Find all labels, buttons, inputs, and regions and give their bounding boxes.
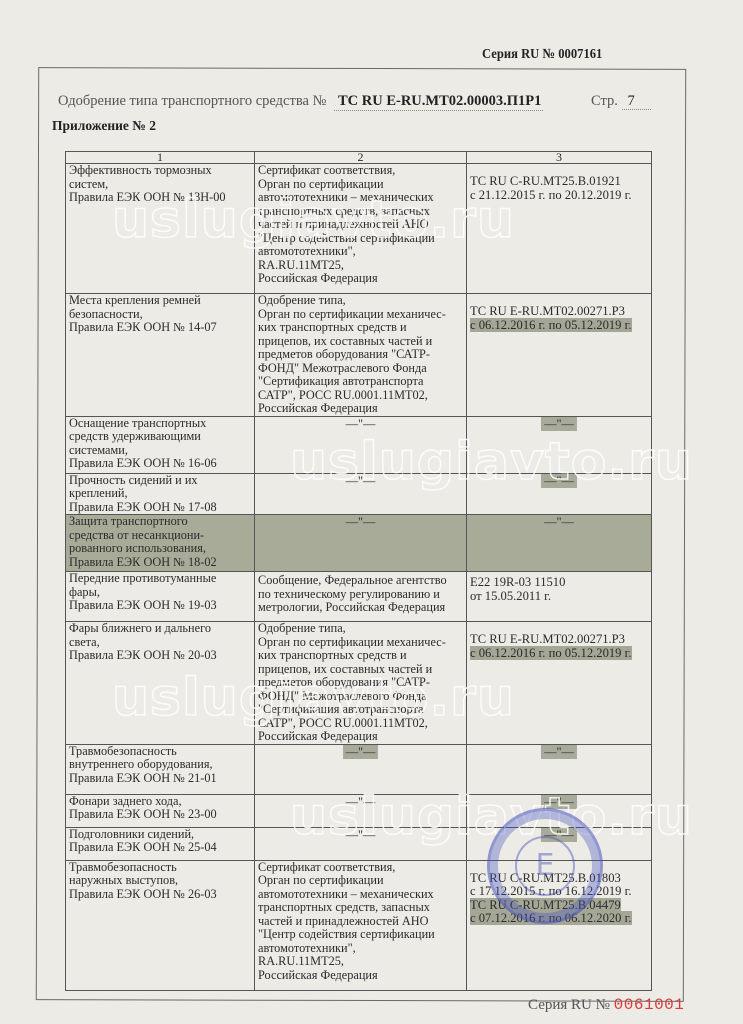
page-number: 7: [622, 93, 651, 110]
requirement-line: Правила ЕЭК ООН № 26-03: [69, 888, 251, 902]
document-number-cell: —"—: [467, 827, 652, 860]
document-number-cell: —"—: [467, 416, 652, 473]
page-label: Стр.: [591, 93, 618, 109]
requirement-line: Правила ЕЭК ООН № 14-07: [69, 321, 251, 335]
issuing-body-cell: —"—: [255, 416, 467, 473]
issuing-body-line: "Сертификация автотранспорта: [258, 703, 463, 717]
issuing-body-line: автомототехники – механических: [258, 191, 463, 205]
issuing-body-cell: Сертификат соответствия,Орган по сертифи…: [255, 860, 467, 990]
ditto-mark: —"—: [346, 474, 376, 488]
issuing-body-line: по техническому регулированию и: [258, 588, 463, 602]
ditto-mark: —"—: [343, 745, 379, 759]
ditto-mark: —"—: [541, 795, 577, 809]
requirement-cell: Защита транспортногосредства от несанкци…: [66, 515, 255, 572]
issuing-body-line: Орган по сертификации механичес-: [258, 636, 463, 650]
issuing-body-line: ких транспортных средств и: [258, 649, 463, 663]
requirement-line: рованного использования,: [69, 542, 251, 556]
issuing-body-cell: —"—: [255, 827, 467, 860]
issuing-body-line: Орган по сертификации: [258, 178, 463, 192]
document-number-cell: E22 19R-03 11510от 15.05.2011 г.: [467, 572, 652, 622]
issuing-body-line: "Сертификация автотранспорта: [258, 375, 463, 389]
issuing-body-cell: Одобрение типа,Орган по сертификации мех…: [255, 622, 467, 745]
requirement-line: Правила ЕЭК ООН № 21-01: [69, 772, 251, 786]
table-row: Передние противотуманныефары,Правила ЕЭК…: [66, 572, 652, 622]
column-header-1: 1: [66, 152, 255, 164]
issuing-body-line: Одобрение типа,: [258, 294, 463, 308]
ditto-mark: —"—: [541, 417, 577, 431]
document-number-line: TC RU C-RU.MT25.B.01921: [470, 174, 621, 188]
ditto-mark: —"—: [541, 745, 577, 759]
series-serial-number: 0061001: [614, 996, 685, 1014]
requirement-line: средств удерживающими: [69, 430, 251, 444]
requirement-cell: Травмобезопасностьвнутреннего оборудован…: [66, 744, 255, 794]
issuing-body-line: Российская Федерация: [258, 402, 463, 416]
table-row: Оснащение транспортныхсредств удерживающ…: [66, 416, 652, 473]
issuing-body-line: предметов оборудования "САТР-: [258, 348, 463, 362]
requirement-cell: Передние противотуманныефары,Правила ЕЭК…: [66, 572, 255, 622]
issuing-body-line: частей и принадлежностей АНО: [258, 915, 463, 929]
issuing-body-line: Орган по сертификации механичес-: [258, 308, 463, 322]
document-number-line: TC RU C-RU.MT25.B.01803: [470, 871, 621, 885]
requirement-line: креплений,: [69, 487, 251, 501]
requirement-cell: Места крепления ремнейбезопасности,Прави…: [66, 294, 255, 417]
requirement-line: безопасности,: [69, 308, 251, 322]
document-number-cell: TC RU C-RU.MT25.B.01803с 17.12.2015 г. п…: [467, 860, 652, 990]
document-number-line: от 15.05.2011 г.: [470, 589, 551, 603]
ditto-mark: —"—: [544, 515, 574, 529]
table-row: Прочность сидений и ихкреплений,Правила …: [66, 473, 652, 515]
requirement-line: Травмобезопасность: [69, 861, 251, 875]
requirement-line: Подголовники сидений,: [69, 828, 251, 842]
issuing-body-line: предметов оборудования "САТР-: [258, 676, 463, 690]
table-row: Травмобезопасностьвнутреннего оборудован…: [66, 744, 652, 794]
requirement-cell: Прочность сидений и ихкреплений,Правила …: [66, 473, 255, 515]
approval-header: Одобрение типа транспортного средства № …: [58, 93, 543, 110]
issuing-body-line: транспортных средств, запасных: [258, 205, 463, 219]
requirement-line: Прочность сидений и их: [69, 474, 251, 488]
annex-title: Приложение № 2: [52, 118, 156, 134]
table-header-row: 1 2 3: [66, 152, 652, 164]
ditto-mark: —"—: [346, 828, 376, 842]
document-number-line: TC RU E-RU.MT02.00271.P3: [470, 304, 625, 318]
requirement-line: Защита транспортного: [69, 515, 251, 529]
issuing-body-cell: —"—: [255, 473, 467, 515]
ditto-mark: —"—: [346, 417, 376, 431]
document-number-line: с 07.12.2016 г. по 06.12.2020 г.: [470, 911, 632, 925]
table-row: Фары ближнего и дальнегосвета,Правила ЕЭ…: [66, 622, 652, 745]
requirement-line: наружных выступов,: [69, 874, 251, 888]
document-number-line: с 21.12.2015 г. по 20.12.2019 г.: [470, 188, 632, 202]
issuing-body-line: "Центр содействия сертификации: [258, 232, 463, 246]
requirement-line: Оснащение транспортных: [69, 417, 251, 431]
requirement-cell: Оснащение транспортныхсредств удерживающ…: [66, 416, 255, 473]
issuing-body-line: частей и принадлежностей АНО: [258, 218, 463, 232]
requirement-line: Фонари заднего хода,: [69, 795, 251, 809]
series-number-bottom: Серия RU № 0061001: [528, 996, 684, 1014]
requirement-line: средства от несанкциони-: [69, 529, 251, 543]
document-number-line: TC RU E-RU.MT02.00271.P3: [470, 632, 625, 646]
approval-label: Одобрение типа транспортного средства №: [58, 93, 326, 109]
requirement-cell: Фары ближнего и дальнегосвета,Правила ЕЭ…: [66, 622, 255, 745]
column-header-3: 3: [467, 152, 652, 164]
requirement-line: Правила ЕЭК ООН № 17-08: [69, 501, 251, 515]
table-row: Защита транспортногосредства от несанкци…: [66, 515, 652, 572]
table-row: Фонари заднего хода,Правила ЕЭК ООН № 23…: [66, 794, 652, 827]
issuing-body-line: Российская Федерация: [258, 730, 463, 744]
requirement-line: Травмобезопасность: [69, 745, 251, 759]
table-row: Места крепления ремнейбезопасности,Прави…: [66, 294, 652, 417]
issuing-body-line: автомототехники – механических: [258, 888, 463, 902]
document-number-cell: TC RU E-RU.MT02.00271.P3с 06.12.2016 г. …: [467, 622, 652, 745]
issuing-body-line: Сертификат соответствия,: [258, 861, 463, 875]
issuing-body-line: транспортных средств, запасных: [258, 901, 463, 915]
requirement-line: Правила ЕЭК ООН № 20-03: [69, 649, 251, 663]
issuing-body-line: Орган по сертификации: [258, 874, 463, 888]
issuing-body-line: "Центр содействия сертификации: [258, 928, 463, 942]
page-indicator: Стр. 7: [591, 93, 651, 110]
issuing-body-line: Одобрение типа,: [258, 622, 463, 636]
document-number-cell: TC RU C-RU.MT25.B.01921с 21.12.2015 г. п…: [467, 164, 652, 294]
requirement-line: Места крепления ремней: [69, 294, 251, 308]
document-number-cell: —"—: [467, 473, 652, 515]
document-number-cell: —"—: [467, 744, 652, 794]
issuing-body-line: Сертификат соответствия,: [258, 164, 463, 178]
requirement-cell: Эффективность тормозныхсистем,Правила ЕЭ…: [66, 164, 255, 294]
ditto-mark: —"—: [541, 828, 577, 842]
requirement-cell: Подголовники сидений,Правила ЕЭК ООН № 2…: [66, 827, 255, 860]
series-number-top: Серия RU № 0007161: [482, 47, 602, 63]
document-number-line: с 06.12.2016 г. по 05.12.2019 г.: [470, 318, 632, 332]
document-number-line: с 06.12.2016 г. по 05.12.2019 г.: [470, 646, 632, 660]
requirement-line: Правила ЕЭК ООН № 25-04: [69, 841, 251, 855]
issuing-body-line: ких транспортных средств и: [258, 321, 463, 335]
issuing-body-line: автомототехники",: [258, 942, 463, 956]
issuing-body-line: метрологии, Российская Федерация: [258, 601, 463, 615]
requirement-line: Правила ЕЭК ООН № 18-02: [69, 556, 251, 570]
series-label: Серия RU №: [528, 997, 610, 1013]
requirement-line: Правила ЕЭК ООН № 23-00: [69, 808, 251, 822]
issuing-body-line: САТР", РОСС RU.0001.11МТ02,: [258, 389, 463, 403]
issuing-body-cell: —"—: [255, 794, 467, 827]
requirement-line: системами,: [69, 444, 251, 458]
requirement-line: внутреннего оборудования,: [69, 758, 251, 772]
requirement-line: фары,: [69, 586, 251, 600]
issuing-body-cell: —"—: [255, 744, 467, 794]
issuing-body-line: RA.RU.11MT25,: [258, 955, 463, 969]
ditto-mark: —"—: [541, 474, 577, 488]
column-header-2: 2: [255, 152, 467, 164]
ditto-mark: —"—: [346, 515, 376, 529]
issuing-body-line: Российская Федерация: [258, 272, 463, 286]
document-number-cell: —"—: [467, 794, 652, 827]
document-number-line: TC RU C-RU.MT25.B.04479: [470, 898, 621, 912]
issuing-body-line: САТР", РОСС RU.0001.11МТ02,: [258, 717, 463, 731]
issuing-body-line: Российская Федерация: [258, 969, 463, 983]
issuing-body-line: RA.RU.11MT25,: [258, 259, 463, 273]
requirement-line: Эффективность тормозных: [69, 164, 251, 178]
requirement-line: света,: [69, 636, 251, 650]
approval-table: 1 2 3 Эффективность тормозныхсистем,Прав…: [65, 151, 652, 991]
document-number-cell: TC RU E-RU.MT02.00271.P3с 06.12.2016 г. …: [467, 294, 652, 417]
requirement-line: Правила ЕЭК ООН № 13Н-00: [69, 191, 251, 205]
document-number-line: E22 19R-03 11510: [470, 575, 565, 589]
issuing-body-line: ФОНД" Межотраслевого Фонда: [258, 690, 463, 704]
issuing-body-line: прицепов, их составных частей и: [258, 663, 463, 677]
issuing-body-cell: Одобрение типа,Орган по сертификации мех…: [255, 294, 467, 417]
requirement-line: Фары ближнего и дальнего: [69, 622, 251, 636]
table-row: Травмобезопасностьнаружных выступов,Прав…: [66, 860, 652, 990]
issuing-body-cell: Сообщение, Федеральное агентствопо техни…: [255, 572, 467, 622]
ditto-mark: —"—: [346, 795, 376, 809]
requirement-line: Правила ЕЭК ООН № 19-03: [69, 599, 251, 613]
approval-number: TC RU E-RU.MT02.00003.П1Р1: [334, 93, 543, 111]
document-number-line: с 17.12.2015 г. по 16.12.2019 г.: [470, 884, 632, 898]
requirement-line: Правила ЕЭК ООН № 16-06: [69, 457, 251, 471]
requirement-cell: Фонари заднего хода,Правила ЕЭК ООН № 23…: [66, 794, 255, 827]
issuing-body-line: автомототехники",: [258, 245, 463, 259]
issuing-body-cell: Сертификат соответствия,Орган по сертифи…: [255, 164, 467, 294]
requirement-line: систем,: [69, 178, 251, 192]
issuing-body-cell: —"—: [255, 515, 467, 572]
requirement-line: Передние противотуманные: [69, 572, 251, 586]
issuing-body-line: Сообщение, Федеральное агентство: [258, 574, 463, 588]
table-row: Подголовники сидений,Правила ЕЭК ООН № 2…: [66, 827, 652, 860]
issuing-body-line: ФОНД" Межотраслевого Фонда: [258, 362, 463, 376]
requirement-cell: Травмобезопасностьнаружных выступов,Прав…: [66, 860, 255, 990]
table-row: Эффективность тормозныхсистем,Правила ЕЭ…: [66, 164, 652, 294]
document-number-cell: —"—: [467, 515, 652, 572]
issuing-body-line: прицепов, их составных частей и: [258, 335, 463, 349]
